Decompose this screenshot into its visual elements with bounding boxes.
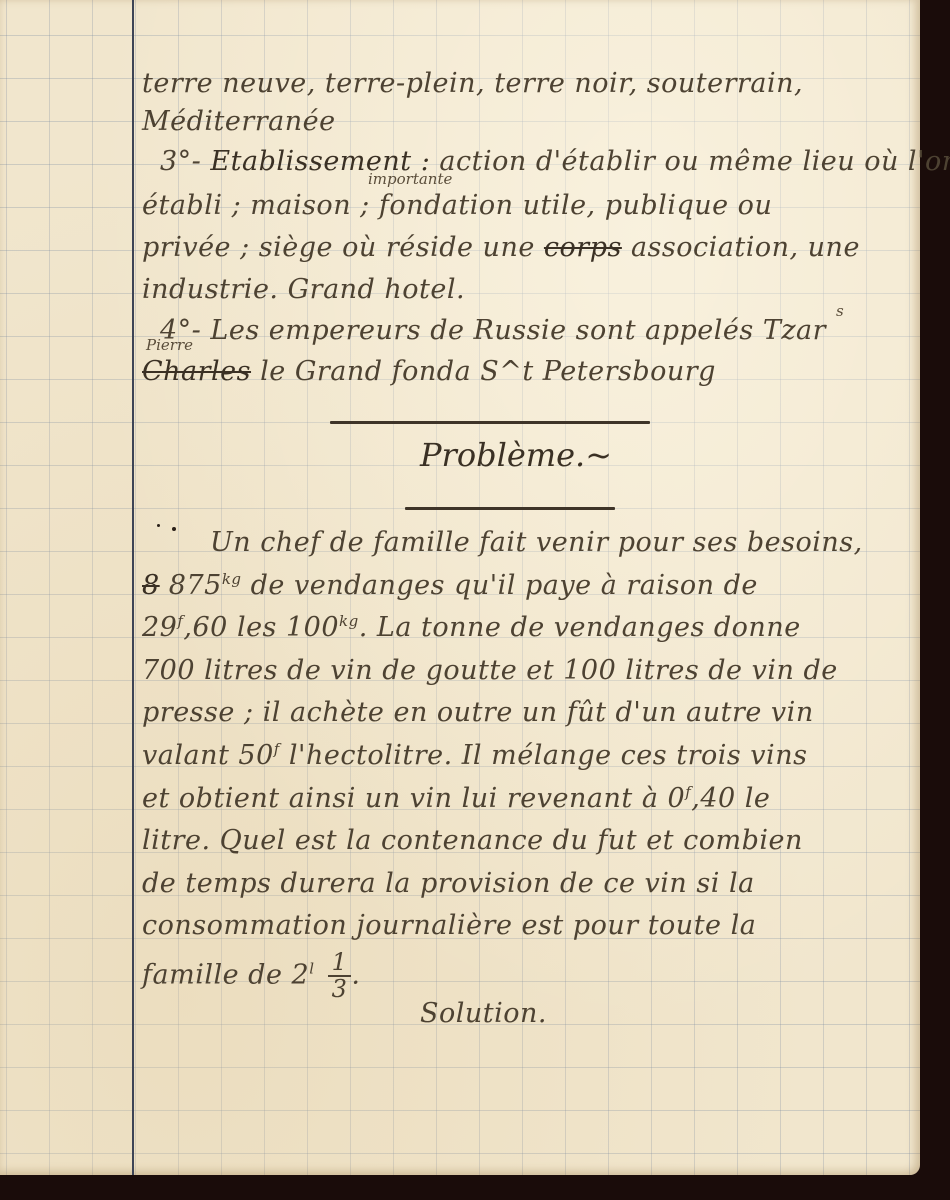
struck-word: corps — [544, 232, 622, 263]
vocab-line-2: Méditerranée — [142, 106, 336, 137]
item-3-line-2: établi ; maison ; fondation utile, publi… — [142, 190, 772, 221]
problem-line-2: 8 875kg de vendanges qu'il paye à raison… — [142, 570, 758, 601]
item-3-definition: action d'établir ou même lieu où l'on es… — [439, 146, 950, 177]
unit-kg: kg — [339, 612, 359, 630]
grape-quantity: 875 — [169, 570, 222, 601]
problem-line-5: presse ; il achète en outre un fût d'un … — [142, 697, 814, 728]
problem-line-9: de temps durera la provision de ce vin s… — [142, 868, 755, 899]
problem-line-1: Un chef de famille fait venir pour ses b… — [210, 527, 863, 558]
tzar-correction: s — [836, 302, 844, 320]
problem-line-3-text: . La tonne de vendanges donne — [359, 612, 801, 643]
problem-line-8: litre. Quel est la contenance du fut et … — [142, 825, 803, 856]
item-3-line-3-text-end: association, une — [631, 232, 860, 263]
problem-title: Problème.~ — [420, 436, 612, 474]
heading-rule-top — [330, 421, 650, 424]
price-cents: ,60 les 100 — [183, 612, 339, 643]
problem-line-7-b: ,40 le — [691, 783, 770, 814]
problem-line-4: 700 litres de vin de goutte et 100 litre… — [142, 655, 838, 686]
problem-line-6-a: valant 50 — [142, 740, 274, 771]
problem-line-2-text: de vendanges qu'il paye à raison de — [251, 570, 758, 601]
ink-mark — [172, 527, 176, 531]
period: . — [351, 960, 360, 991]
fraction-numerator: 1 — [328, 950, 352, 977]
problem-line-6: valant 50f l'hectolitre. Il mélange ces … — [142, 740, 807, 771]
problem-line-6-b: l'hectolitre. Il mélange ces trois vins — [289, 740, 808, 771]
item-3-insertion: importante — [368, 170, 452, 188]
problem-line-10: consommation journalière est pour toute … — [142, 910, 756, 941]
item-3-line-3: privée ; siège où réside une corps assoc… — [142, 232, 860, 263]
problem-line-7: et obtient ainsi un vin lui revenant à 0… — [142, 783, 770, 814]
pierre-insertion: Pierre — [146, 336, 193, 354]
item-4-line-1: 4°- Les empereurs de Russie sont appelés… — [160, 315, 826, 346]
item-3-line-3-text: privée ; siège où réside une — [142, 232, 535, 263]
solution-label: Solution. — [420, 998, 547, 1029]
struck-charles: Charles — [142, 356, 251, 387]
problem-line-3: 29f,60 les 100kg. La tonne de vendanges … — [142, 612, 801, 643]
unit-franc: f — [274, 740, 280, 758]
fraction-denominator: 3 — [332, 977, 348, 1002]
unit-kg: kg — [222, 570, 242, 588]
problem-line-11: famille de 2l 1 3 . — [142, 950, 360, 1002]
struck-digit: 8 — [142, 570, 160, 601]
notebook-page: terre neuve, terre-plein, terre noir, so… — [0, 0, 920, 1175]
tzar-word: Tzar — [763, 315, 826, 346]
item-3-line-4: industrie. Grand hotel. — [142, 274, 465, 305]
item-3-number: 3°- — [160, 146, 201, 177]
item-3-line-1: 3°- Etablissement : action d'établir ou … — [160, 146, 950, 177]
fraction: 1 3 — [328, 950, 352, 1002]
price: 29 — [142, 612, 177, 643]
problem-line-7-a: et obtient ainsi un vin lui revenant à 0 — [142, 783, 685, 814]
vocab-line-1: terre neuve, terre-plein, terre noir, so… — [142, 68, 803, 99]
unit-litre: l — [309, 960, 314, 978]
ink-mark — [157, 524, 160, 527]
item-4-text: Les empereurs de Russie sont appelés — [210, 315, 753, 346]
margin-line — [132, 0, 134, 1175]
heading-rule-bottom — [405, 507, 615, 510]
problem-line-11-a: famille de 2 — [142, 960, 309, 991]
item-4-line-2: Charles le Grand fonda S^t Petersbourg — [142, 356, 716, 387]
item-4-line-2-text: le Grand fonda S^t Petersbourg — [260, 356, 716, 387]
